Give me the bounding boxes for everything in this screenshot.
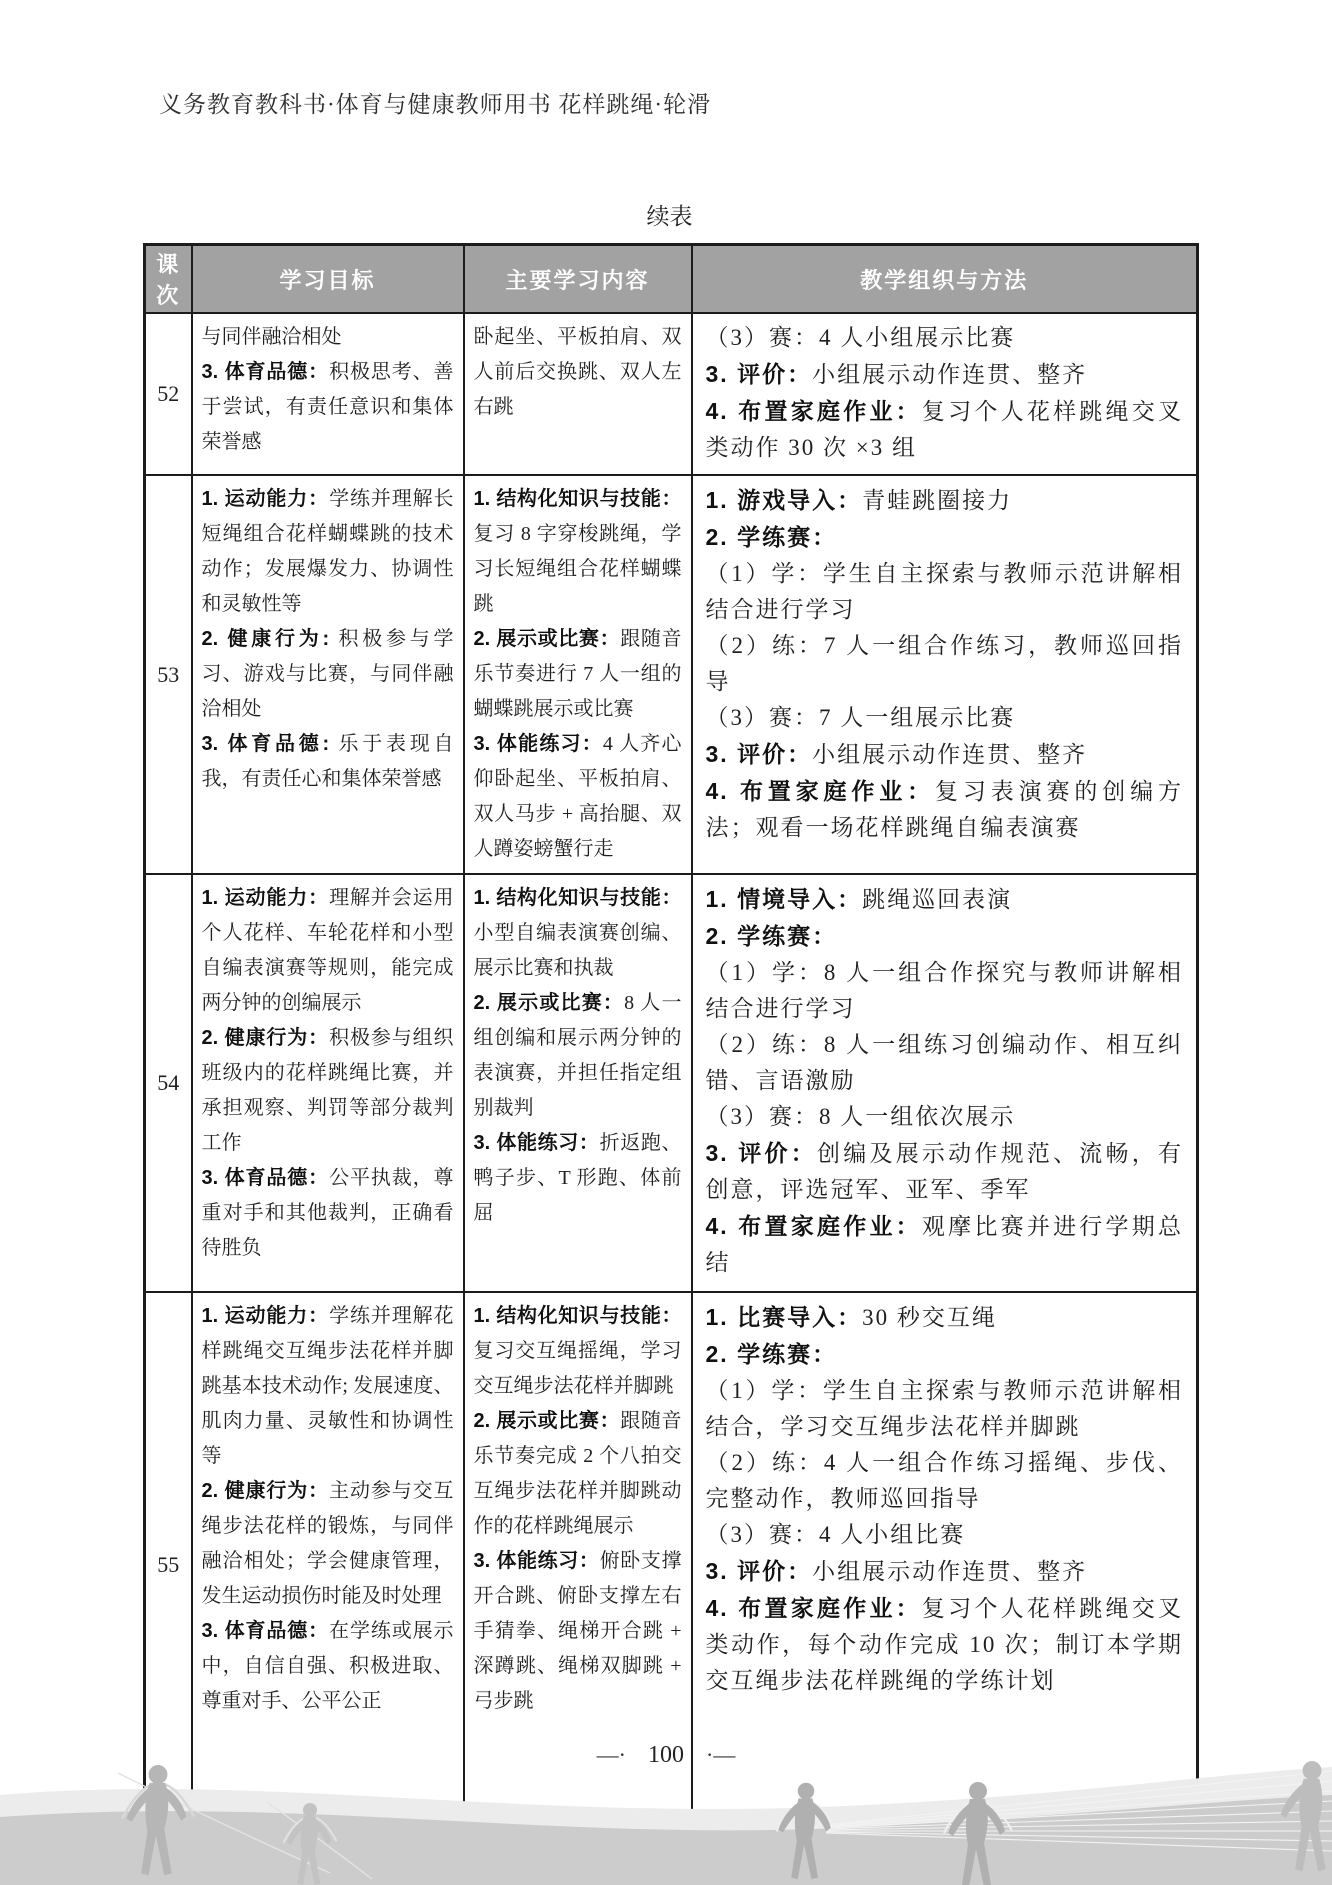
- bold-label: 4. 布置家庭作业：: [706, 1213, 922, 1239]
- bold-label: 1. 运动能力：: [202, 887, 330, 909]
- paragraph-text: 青蛙跳圈接力: [862, 488, 1012, 513]
- column-header-lesson: 课次: [145, 245, 192, 314]
- bold-label: 3. 体能练习：: [474, 1132, 600, 1154]
- decorative-bottom-band: [0, 1753, 1332, 1885]
- bold-label: 1. 运动能力：: [202, 488, 330, 510]
- bold-label: 3. 评价：: [706, 1140, 818, 1166]
- paragraph: 1. 结构化知识与技能：复习交互绳摇绳，学习交互绳步法花样并脚跳: [474, 1299, 682, 1404]
- paragraph: 3. 评价：小组展示动作连贯、整齐: [706, 736, 1184, 773]
- bold-label: 1. 运动能力：: [202, 1305, 330, 1327]
- bold-label: 1. 结构化知识与技能：: [474, 887, 682, 909]
- paragraph: 1. 运动能力：学练并理解花样跳绳交互绳步法花样并脚跳基本技术动作; 发展速度、…: [202, 1299, 454, 1474]
- bold-label: 1. 游戏导入：: [706, 487, 863, 513]
- paragraph: （1）学：学生自主探索与教师示范讲解相结合，学习交互绳步法花样并脚跳: [706, 1373, 1184, 1445]
- paragraph: 3. 体育品德：公平执裁，尊重对手和其他裁判，正确看待胜负: [202, 1161, 454, 1266]
- paragraph: 2. 健康行为：积极参与组织班级内的花样跳绳比赛，并承担观察、判罚等部分裁判工作: [202, 1021, 454, 1161]
- paragraph: 1. 运动能力：理解并会运用个人花样、车轮花样和小型自编表演赛等规则，能完成两分…: [202, 881, 454, 1021]
- objectives-cell: 1. 运动能力：学练并理解长短绳组合花样蝴蝶跳的技术动作；发展爆发力、协调性和灵…: [192, 475, 464, 874]
- paragraph: 卧起坐、平板拍肩、双人前后交换跳、双人左右跳: [474, 320, 682, 425]
- paragraph: 2. 学练赛：: [706, 1336, 1184, 1373]
- table-row: 52与同伴融洽相处3. 体育品德：积极思考、善于尝试，有责任意识和集体荣誉感卧起…: [145, 313, 1198, 475]
- paragraph: 3. 评价：小组展示动作连贯、整齐: [706, 356, 1184, 393]
- bold-label: 3. 体育品德：: [202, 361, 330, 383]
- column-header-content: 主要学习内容: [464, 245, 692, 314]
- bold-label: 3. 评价：: [706, 1558, 813, 1584]
- methods-cell: 1. 游戏导入：青蛙跳圈接力2. 学练赛：（1）学：学生自主探索与教师示范讲解相…: [692, 475, 1198, 874]
- paragraph-text: 30 秒交互绳: [862, 1305, 997, 1330]
- bold-label: 2. 展示或比赛：: [474, 992, 625, 1014]
- paragraph: 4. 布置家庭作业：复习表演赛的创编方法；观看一场花样跳绳自编表演赛: [706, 773, 1184, 846]
- paragraph: 4. 布置家庭作业：观摩比赛并进行学期总结: [706, 1208, 1184, 1281]
- paragraph: （3）赛：8 人一组依次展示: [706, 1099, 1184, 1135]
- paragraph: 2. 展示或比赛：8 人一组创编和展示两分钟的表演赛，并担任指定组别裁判: [474, 986, 682, 1126]
- bold-label: 4. 布置家庭作业：: [706, 1595, 922, 1621]
- paragraph: 3. 体育品德：积极思考、善于尝试，有责任意识和集体荣誉感: [202, 355, 454, 460]
- content-cell: 1. 结构化知识与技能：复习 8 字穿梭跳绳，学习长短绳组合花样蝴蝶跳2. 展示…: [464, 475, 692, 874]
- bold-label: 3. 体育品德：: [202, 1167, 330, 1189]
- paragraph-text: （1）学：学生自主探索与教师示范讲解相结合，学习交互绳步法花样并脚跳: [706, 1378, 1184, 1439]
- paragraph-text: （3）赛：4 人小组比赛: [706, 1522, 966, 1547]
- paragraph: 2. 学练赛：: [706, 918, 1184, 955]
- paragraph: 4. 布置家庭作业：复习个人花样跳绳交叉类动作 30 次 ×3 组: [706, 393, 1184, 466]
- paragraph: 3. 体育品德: 乐于表现自我，有责任心和集体荣誉感: [202, 727, 454, 797]
- bold-label: 2. 学练赛：: [706, 524, 838, 550]
- paragraph-text: （2）练：4 人一组合作练习摇绳、步伐、完整动作，教师巡回指导: [706, 1450, 1184, 1511]
- paragraph-text: 小组展示动作连贯、整齐: [812, 362, 1087, 387]
- column-header-methods: 教学组织与方法: [692, 245, 1198, 314]
- paragraph: （1）学：8 人一组合作探究与教师讲解相结合进行学习: [706, 955, 1184, 1027]
- paragraph: 2. 展示或比赛：跟随音乐节奏进行 7 人一组的蝴蝶跳展示或比赛: [474, 622, 682, 727]
- paragraph: 1. 比赛导入：30 秒交互绳: [706, 1299, 1184, 1336]
- bold-label: 1. 比赛导入：: [706, 1304, 863, 1330]
- paragraph-text: 小型自编表演赛创编、展示比赛和执裁: [474, 922, 682, 979]
- paragraph-text: （3）赛：7 人一组展示比赛: [706, 705, 1016, 730]
- paragraph: 与同伴融洽相处: [202, 320, 454, 355]
- methods-cell: 1. 情境导入：跳绳巡回表演2. 学练赛：（1）学：8 人一组合作探究与教师讲解…: [692, 874, 1198, 1292]
- paragraph: 1. 结构化知识与技能：复习 8 字穿梭跳绳，学习长短绳组合花样蝴蝶跳: [474, 482, 682, 622]
- paragraph: （3）赛：7 人一组展示比赛: [706, 700, 1184, 736]
- paragraph-text: 学练并理解花样跳绳交互绳步法花样并脚跳基本技术动作; 发展速度、肌肉力量、灵敏性…: [202, 1305, 454, 1467]
- lesson-table-body: 52与同伴融洽相处3. 体育品德：积极思考、善于尝试，有责任意识和集体荣誉感卧起…: [145, 313, 1198, 1839]
- paragraph: （3）赛：4 人小组比赛: [706, 1517, 1184, 1553]
- bold-label: 3. 体能练习：: [474, 1550, 600, 1572]
- bold-label: 2. 健康行为:: [202, 628, 339, 650]
- paragraph: 4. 布置家庭作业：复习个人花样跳绳交叉类动作，每个动作完成 10 次；制订本学…: [706, 1590, 1184, 1699]
- bold-label: 2. 展示或比赛：: [474, 1410, 621, 1432]
- paragraph: （2）练：8 人一组练习创编动作、相互纠错、言语激励: [706, 1027, 1184, 1099]
- bold-label: 3. 评价：: [706, 361, 813, 387]
- bold-label: 2. 学练赛：: [706, 923, 838, 949]
- paragraph: 1. 运动能力：学练并理解长短绳组合花样蝴蝶跳的技术动作；发展爆发力、协调性和灵…: [202, 482, 454, 622]
- bold-label: 4. 布置家庭作业：: [706, 778, 936, 804]
- paragraph: 3. 评价：创编及展示动作规范、流畅，有创意，评选冠军、亚军、季军: [706, 1135, 1184, 1208]
- bold-label: 4. 布置家庭作业：: [706, 398, 922, 424]
- bold-label: 2. 健康行为：: [202, 1480, 330, 1502]
- table-caption: 续表: [143, 198, 1196, 231]
- methods-cell: （3）赛：4 人小组展示比赛3. 评价：小组展示动作连贯、整齐4. 布置家庭作业…: [692, 313, 1198, 475]
- paragraph-text: 复习交互绳摇绳，学习交互绳步法花样并脚跳: [474, 1340, 682, 1397]
- paragraph: 2. 健康行为: 积极参与学习、游戏与比赛，与同伴融洽相处: [202, 622, 454, 727]
- paragraph: 3. 体能练习：俯卧支撑开合跳、俯卧支撑左右手猜拳、绳梯开合跳 + 深蹲跳、绳梯…: [474, 1544, 682, 1719]
- running-head: 义务教育教科书·体育与健康教师用书 花样跳绳·轮滑: [159, 86, 711, 119]
- paragraph-text: 俯卧支撑开合跳、俯卧支撑左右手猜拳、绳梯开合跳 + 深蹲跳、绳梯双脚跳 + 弓步…: [474, 1550, 682, 1712]
- bold-label: 3. 评价：: [706, 741, 813, 767]
- paragraph: 2. 健康行为：主动参与交互绳步法花样的锻炼，与同伴融洽相处；学会健康管理，发生…: [202, 1474, 454, 1614]
- bold-label: 1. 结构化知识与技能：: [474, 1305, 682, 1327]
- paragraph-text: （3）赛：4 人小组展示比赛: [706, 325, 1016, 350]
- lesson-number: 53: [145, 475, 192, 874]
- objectives-cell: 1. 运动能力：理解并会运用个人花样、车轮花样和小型自编表演赛等规则，能完成两分…: [192, 874, 464, 1292]
- paragraph-text: 跳绳巡回表演: [862, 887, 1012, 912]
- paragraph: 2. 展示或比赛：跟随音乐节奏完成 2 个八拍交互绳步法花样并脚跳动作的花样跳绳…: [474, 1404, 682, 1544]
- paragraph: 1. 情境导入：跳绳巡回表演: [706, 881, 1184, 918]
- bold-label: 3. 体能练习：: [474, 733, 603, 755]
- paragraph: （1）学：学生自主探索与教师示范讲解相结合进行学习: [706, 556, 1184, 628]
- paragraph: （2）练：4 人一组合作练习摇绳、步伐、完整动作，教师巡回指导: [706, 1445, 1184, 1517]
- paragraph-text: 小组展示动作连贯、整齐: [812, 1559, 1087, 1584]
- table-row: 531. 运动能力：学练并理解长短绳组合花样蝴蝶跳的技术动作；发展爆发力、协调性…: [145, 475, 1198, 874]
- paragraph-text: （1）学：学生自主探索与教师示范讲解相结合进行学习: [706, 561, 1184, 622]
- paragraph: 3. 体育品德：在学练或展示中，自信自强、积极进取、尊重对手、公平公正: [202, 1614, 454, 1719]
- paragraph-text: 复习 8 字穿梭跳绳，学习长短绳组合花样蝴蝶跳: [474, 523, 682, 615]
- paragraph: （2）练：7 人一组合作练习，教师巡回指导: [706, 628, 1184, 700]
- paragraph-text: 与同伴融洽相处: [202, 326, 342, 348]
- lesson-number: 54: [145, 874, 192, 1292]
- paragraph: 1. 游戏导入：青蛙跳圈接力: [706, 482, 1184, 519]
- bold-label: 2. 健康行为：: [202, 1027, 330, 1049]
- paragraph-text: 卧起坐、平板拍肩、双人前后交换跳、双人左右跳: [474, 326, 682, 418]
- paragraph-text: （2）练：7 人一组合作练习，教师巡回指导: [706, 633, 1184, 694]
- column-header-objectives: 学习目标: [192, 245, 464, 314]
- table-row: 541. 运动能力：理解并会运用个人花样、车轮花样和小型自编表演赛等规则，能完成…: [145, 874, 1198, 1292]
- table-header-row: 课次 学习目标 主要学习内容 教学组织与方法: [145, 245, 1198, 314]
- paragraph: 3. 评价：小组展示动作连贯、整齐: [706, 1553, 1184, 1590]
- content-cell: 1. 结构化知识与技能：小型自编表演赛创编、展示比赛和执裁2. 展示或比赛：8 …: [464, 874, 692, 1292]
- bold-label: 2. 学练赛：: [706, 1341, 838, 1367]
- paragraph: 3. 体能练习：折返跑、鸭子步、T 形跑、体前屈: [474, 1126, 682, 1231]
- paragraph-text: （1）学：8 人一组合作探究与教师讲解相结合进行学习: [706, 960, 1184, 1021]
- paragraph-text: 小组展示动作连贯、整齐: [812, 742, 1087, 767]
- bold-label: 3. 体育品德：: [202, 1620, 330, 1642]
- lesson-number: 52: [145, 313, 192, 475]
- document-page: 义务教育教科书·体育与健康教师用书 花样跳绳·轮滑 续表 课次 学习目标 主要学…: [0, 0, 1332, 1885]
- paragraph: （3）赛：4 人小组展示比赛: [706, 320, 1184, 356]
- bold-label: 3. 体育品德:: [202, 733, 339, 755]
- paragraph-text: （3）赛：8 人一组依次展示: [706, 1104, 1016, 1129]
- bold-label: 1. 情境导入：: [706, 886, 863, 912]
- paragraph-text: （2）练：8 人一组练习创编动作、相互纠错、言语激励: [706, 1032, 1184, 1093]
- lesson-plan-table: 课次 学习目标 主要学习内容 教学组织与方法 52与同伴融洽相处3. 体育品德：…: [143, 243, 1199, 1841]
- paragraph: 2. 学练赛：: [706, 519, 1184, 556]
- bold-label: 2. 展示或比赛：: [474, 628, 621, 650]
- bold-label: 1. 结构化知识与技能：: [474, 488, 682, 510]
- paragraph: 3. 体能练习：4 人齐心仰卧起坐、平板拍肩、双人马步 + 高抬腿、双人蹲姿螃蟹…: [474, 727, 682, 867]
- objectives-cell: 与同伴融洽相处3. 体育品德：积极思考、善于尝试，有责任意识和集体荣誉感: [192, 313, 464, 475]
- paragraph: 1. 结构化知识与技能：小型自编表演赛创编、展示比赛和执裁: [474, 881, 682, 986]
- content-cell: 卧起坐、平板拍肩、双人前后交换跳、双人左右跳: [464, 313, 692, 475]
